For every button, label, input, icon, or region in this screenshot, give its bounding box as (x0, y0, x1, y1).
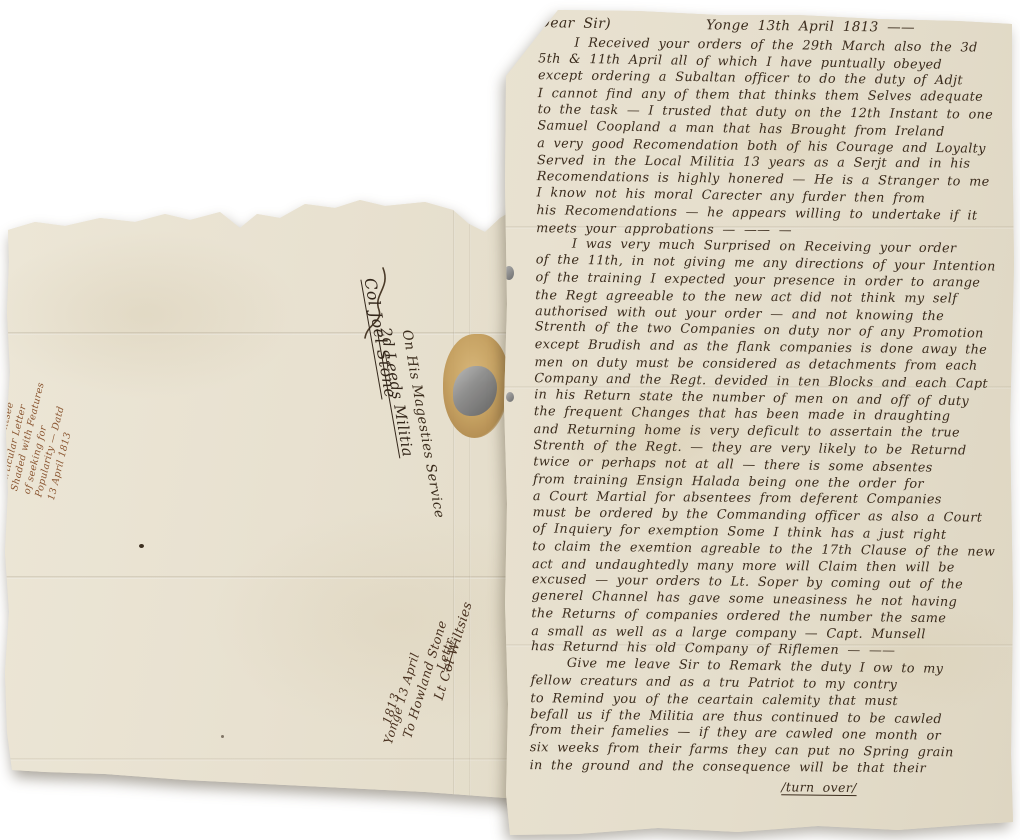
fold-crease (5, 758, 563, 761)
letter-page: Dear Sir) Yonge 13th April 1813 —— I Rec… (498, 4, 1016, 840)
letter-line: the Regt agreeable to the new act did no… (535, 288, 1003, 308)
letter-heading-row: Dear Sir) Yonge 13th April 1813 —— (539, 15, 1007, 38)
fold-crease (469, 192, 471, 804)
letter-line: to Remind you of the ceartain calemity t… (530, 691, 998, 711)
place-date-line: Yonge 13th April 1813 —— (706, 17, 915, 36)
letter-line: in the ground and the consequence will b… (530, 758, 998, 778)
letter-line: men on duty must be considered as detach… (534, 355, 1002, 375)
letter-leaf-wrapper: Dear Sir) Yonge 13th April 1813 —— I Rec… (498, 4, 1016, 840)
letter-body: Dear Sir) Yonge 13th April 1813 —— I Rec… (529, 15, 1006, 798)
letter-line: act and undaughtedly many more will Clai… (532, 557, 1000, 577)
ink-speck (221, 735, 224, 738)
letter-line: meets your approbations — —— — (536, 221, 1004, 241)
salutation: Dear Sir) (539, 15, 612, 33)
letter-line: a small as well as a large company — Cap… (531, 624, 999, 644)
scanned-letter-canvas: Lt. Coln. Wiltseeparticular LetterShaded… (0, 0, 1020, 840)
archivist-docket-note: Lt. Coln. Wiltseeparticular LetterShaded… (0, 293, 105, 501)
turn-over-note: /turn over/ (529, 776, 997, 799)
fold-crease (453, 192, 455, 804)
paper-tear-hole (504, 266, 514, 280)
address-leaf-wrapper: Lt. Coln. Wiltseeparticular LetterShaded… (5, 192, 563, 804)
letter-lines: I Received your orders of the 29th March… (529, 35, 1006, 780)
seal-tear-hole (453, 366, 497, 416)
ink-speck (139, 544, 144, 548)
address-leaf-page: Lt. Coln. Wiltseeparticular LetterShaded… (5, 192, 563, 804)
paper-tear-hole (506, 392, 514, 402)
